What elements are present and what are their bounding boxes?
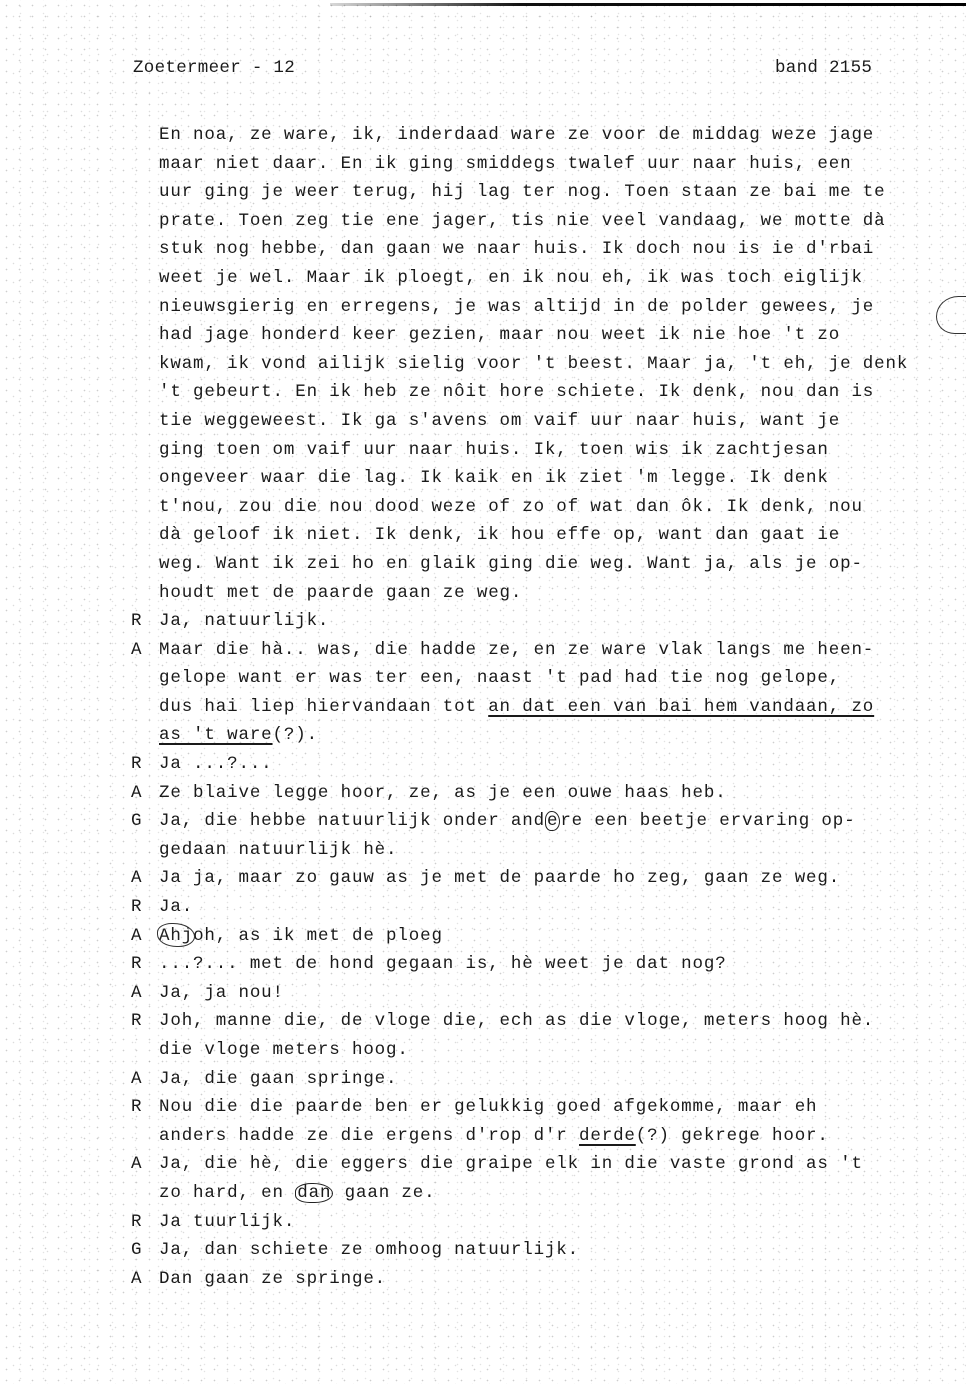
text-line: Ja, ja nou!	[131, 979, 951, 1008]
text-line: had jage honderd keer gezien, maar nou w…	[131, 321, 951, 350]
circled-correction: e	[545, 811, 560, 831]
text-segment: prate. Toen zeg tie ene jager, tis nie v…	[159, 211, 886, 231]
text-line: Ahjoh, as ik met de ploeg	[131, 922, 951, 951]
text-line: anders hadde ze die ergens d'rop d'r der…	[131, 1122, 951, 1151]
text-segment: Joh, manne die, de vloge die, ech as die…	[159, 1011, 874, 1031]
text-segment: houdt met de paarde gaan ze weg.	[159, 583, 522, 603]
text-segment: Ja, natuurlijk.	[159, 611, 329, 631]
text-line: gelope want er was ter een, naast 't pad…	[131, 664, 951, 693]
text-segment: zo hard, en	[159, 1183, 295, 1203]
text-line: houdt met de paarde gaan ze weg.	[131, 579, 951, 608]
text-segment: Ja.	[159, 897, 193, 917]
speaker-label: A	[131, 1150, 151, 1179]
text-segment: Ze blaive legge hoor, ze, as je een ouwe…	[159, 783, 727, 803]
text-segment: ...?... met de hond gegaan is, hè weet j…	[159, 954, 727, 974]
text-line: ongeveer waar die lag. Ik kaik en ik zie…	[131, 464, 951, 493]
text-line: Joh, manne die, de vloge die, ech as die…	[131, 1007, 951, 1036]
speaker-turn: RNou die die paarde ben er gelukkig goed…	[131, 1093, 951, 1150]
speaker-turn: AZe blaive legge hoor, ze, as je een ouw…	[131, 779, 951, 808]
text-segment: maar niet daar. En ik ging smiddegs twal…	[159, 154, 851, 174]
text-line: Ja ...?...	[131, 750, 951, 779]
text-segment: nieuwsgierig en erregens, je was altijd …	[159, 297, 874, 317]
text-line: Ja, natuurlijk.	[131, 607, 951, 636]
speaker-turn: AJa ja, maar zo gauw as je met de paarde…	[131, 864, 951, 893]
text-segment: Ja, die hebbe natuurlijk onder and	[159, 811, 545, 831]
text-segment: re een beetje ervaring op-	[560, 811, 855, 831]
speaker-turn: GJa, die hebbe natuurlijk onder andere e…	[131, 807, 951, 864]
text-segment: dus hai liep hiervandaan tot	[159, 697, 488, 717]
text-segment: joh, as ik met de ploeg	[182, 926, 443, 946]
text-line: weet je wel. Maar ik ploegt, en ik nou e…	[131, 264, 951, 293]
speaker-turn: AMaar die hà.. was, die hadde ze, en ze …	[131, 636, 951, 750]
text-segment: Dan gaan ze springe.	[159, 1269, 386, 1289]
speaker-turn: AJa, ja nou!	[131, 979, 951, 1008]
text-line: zo hard, en dan gaan ze.	[131, 1179, 951, 1208]
text-segment: Ja, die gaan springe.	[159, 1069, 397, 1089]
speaker-label: A	[131, 979, 151, 1008]
page-top-edge	[330, 3, 966, 6]
text-line: dus hai liep hiervandaan tot an dat een …	[131, 693, 951, 722]
text-segment: uur ging je weer terug, hij lag ter nog.…	[159, 182, 886, 202]
text-segment: 't gebeurt. En ik heb ze nôit hore schie…	[159, 382, 874, 402]
text-segment: Ja tuurlijk.	[159, 1212, 295, 1232]
text-line: die vloge meters hoog.	[131, 1036, 951, 1065]
text-segment: Ja, die hè, die eggers die graipe elk in…	[159, 1154, 863, 1174]
underlined-uncertain-text: derde	[579, 1126, 636, 1146]
speaker-label: A	[131, 1265, 151, 1294]
speaker-turn: ADan gaan ze springe.	[131, 1265, 951, 1294]
speaker-turn: RJoh, manne die, de vloge die, ech as di…	[131, 1007, 951, 1064]
header-tape-number: band 2155	[775, 58, 872, 78]
text-line: as 't ware(?).	[131, 721, 951, 750]
text-line: Ja, die gaan springe.	[131, 1065, 951, 1094]
text-segment: Ja ...?...	[159, 754, 273, 774]
text-line: kwam, ik vond ailijk sielig voor 't bees…	[131, 350, 951, 379]
text-segment: Maar die hà.. was, die hadde ze, en ze w…	[159, 640, 874, 660]
text-line: t'nou, zou die nou dood weze of zo of wa…	[131, 493, 951, 522]
text-segment: tie weggeweest. Ik ga s'avens om vaif uu…	[159, 411, 840, 431]
text-line: Ja, die hebbe natuurlijk onder andere ee…	[131, 807, 951, 836]
text-segment: t'nou, zou die nou dood weze of zo of wa…	[159, 497, 863, 517]
text-segment: gelope want er was ter een, naast 't pad…	[159, 668, 840, 688]
text-line: Ja.	[131, 893, 951, 922]
speaker-turn: AJa, die gaan springe.	[131, 1065, 951, 1094]
text-line: uur ging je weer terug, hij lag ter nog.…	[131, 178, 951, 207]
text-line: Ja, die hè, die eggers die graipe elk in…	[131, 1150, 951, 1179]
speaker-label: A	[131, 922, 151, 951]
text-line: Ja ja, maar zo gauw as je met de paarde …	[131, 864, 951, 893]
speaker-turn: RJa, natuurlijk.	[131, 607, 951, 636]
speaker-label: R	[131, 607, 151, 636]
text-segment: ging toen om vaif uur naar huis. Ik, toe…	[159, 440, 829, 460]
text-segment: Ja, ja nou!	[159, 983, 284, 1003]
text-segment: stuk nog hebbe, dan gaan we naar huis. I…	[159, 239, 874, 259]
text-segment: ongeveer waar die lag. Ik kaik en ik zie…	[159, 468, 829, 488]
text-line: Ja, dan schiete ze omhoog natuurlijk.	[131, 1236, 951, 1265]
text-segment: gedaan natuurlijk hè.	[159, 840, 397, 860]
narrative-paragraph: En noa, ze ware, ik, inderdaad ware ze v…	[131, 121, 951, 607]
text-line: ...?... met de hond gegaan is, hè weet j…	[131, 950, 951, 979]
crossed-out-text: Ah	[159, 922, 182, 951]
text-line: prate. Toen zeg tie ene jager, tis nie v…	[131, 207, 951, 236]
text-segment: (?) gekrege hoor.	[636, 1126, 829, 1146]
text-line: Ze blaive legge hoor, ze, as je een ouwe…	[131, 779, 951, 808]
speaker-turn: GJa, dan schiete ze omhoog natuurlijk.	[131, 1236, 951, 1265]
speaker-label: A	[131, 864, 151, 893]
text-line: Nou die die paarde ben er gelukkig goed …	[131, 1093, 951, 1122]
speaker-label: R	[131, 1208, 151, 1237]
text-line: weg. Want ik zei ho en glaik ging die we…	[131, 550, 951, 579]
speaker-label: R	[131, 750, 151, 779]
text-line: Maar die hà.. was, die hadde ze, en ze w…	[131, 636, 951, 665]
speaker-label: R	[131, 1093, 151, 1122]
text-segment: had jage honderd keer gezien, maar nou w…	[159, 325, 840, 345]
speaker-label: G	[131, 1236, 151, 1265]
circled-correction: dan	[295, 1183, 333, 1203]
speaker-label: R	[131, 893, 151, 922]
speaker-label: A	[131, 636, 151, 665]
text-segment: (?).	[273, 725, 318, 745]
text-segment: weet je wel. Maar ik ploegt, en ik nou e…	[159, 268, 863, 288]
speaker-label: R	[131, 1007, 151, 1036]
underlined-uncertain-text: as 't ware	[159, 725, 273, 745]
text-line: nieuwsgierig en erregens, je was altijd …	[131, 293, 951, 322]
speaker-turn: AJa, die hè, die eggers die graipe elk i…	[131, 1150, 951, 1207]
text-segment: die vloge meters hoog.	[159, 1040, 409, 1060]
text-segment: En noa, ze ware, ik, inderdaad ware ze v…	[159, 125, 874, 145]
text-segment: Ja, dan schiete ze omhoog natuurlijk.	[159, 1240, 579, 1260]
text-segment: anders hadde ze die ergens d'rop d'r	[159, 1126, 579, 1146]
text-line: 't gebeurt. En ik heb ze nôit hore schie…	[131, 378, 951, 407]
text-segment: gaan ze.	[333, 1183, 435, 1203]
speaker-turn: R...?... met de hond gegaan is, hè weet …	[131, 950, 951, 979]
speaker-label: G	[131, 807, 151, 836]
text-segment: Nou die die paarde ben er gelukkig goed …	[159, 1097, 817, 1117]
text-line: gedaan natuurlijk hè.	[131, 836, 951, 865]
underlined-uncertain-text: an dat een van bai hem vandaan, zo	[488, 697, 874, 717]
speaker-label: A	[131, 1065, 151, 1094]
text-line: maar niet daar. En ik ging smiddegs twal…	[131, 150, 951, 179]
text-segment: Ja ja, maar zo gauw as je met de paarde …	[159, 868, 840, 888]
speaker-turn: AAhjoh, as ik met de ploeg	[131, 922, 951, 951]
speaker-label: A	[131, 779, 151, 808]
header-location-page: Zoetermeer - 12	[133, 58, 295, 78]
text-line: ging toen om vaif uur naar huis. Ik, toe…	[131, 436, 951, 465]
speaker-turn: RJa.	[131, 893, 951, 922]
text-segment: dà geloof ik niet. Ik denk, ik hou effe …	[159, 525, 840, 545]
speaker-label: R	[131, 950, 151, 979]
speaker-turn: RJa ...?...	[131, 750, 951, 779]
text-segment: kwam, ik vond ailijk sielig voor 't bees…	[159, 354, 908, 374]
text-line: stuk nog hebbe, dan gaan we naar huis. I…	[131, 235, 951, 264]
text-line: dà geloof ik niet. Ik denk, ik hou effe …	[131, 521, 951, 550]
text-line: Dan gaan ze springe.	[131, 1265, 951, 1294]
speaker-turn: RJa tuurlijk.	[131, 1208, 951, 1237]
transcript-body: En noa, ze ware, ik, inderdaad ware ze v…	[131, 121, 951, 1293]
text-line: Ja tuurlijk.	[131, 1208, 951, 1237]
text-segment: weg. Want ik zei ho en glaik ging die we…	[159, 554, 863, 574]
text-line: tie weggeweest. Ik ga s'avens om vaif uu…	[131, 407, 951, 436]
text-line: En noa, ze ware, ik, inderdaad ware ze v…	[131, 121, 951, 150]
